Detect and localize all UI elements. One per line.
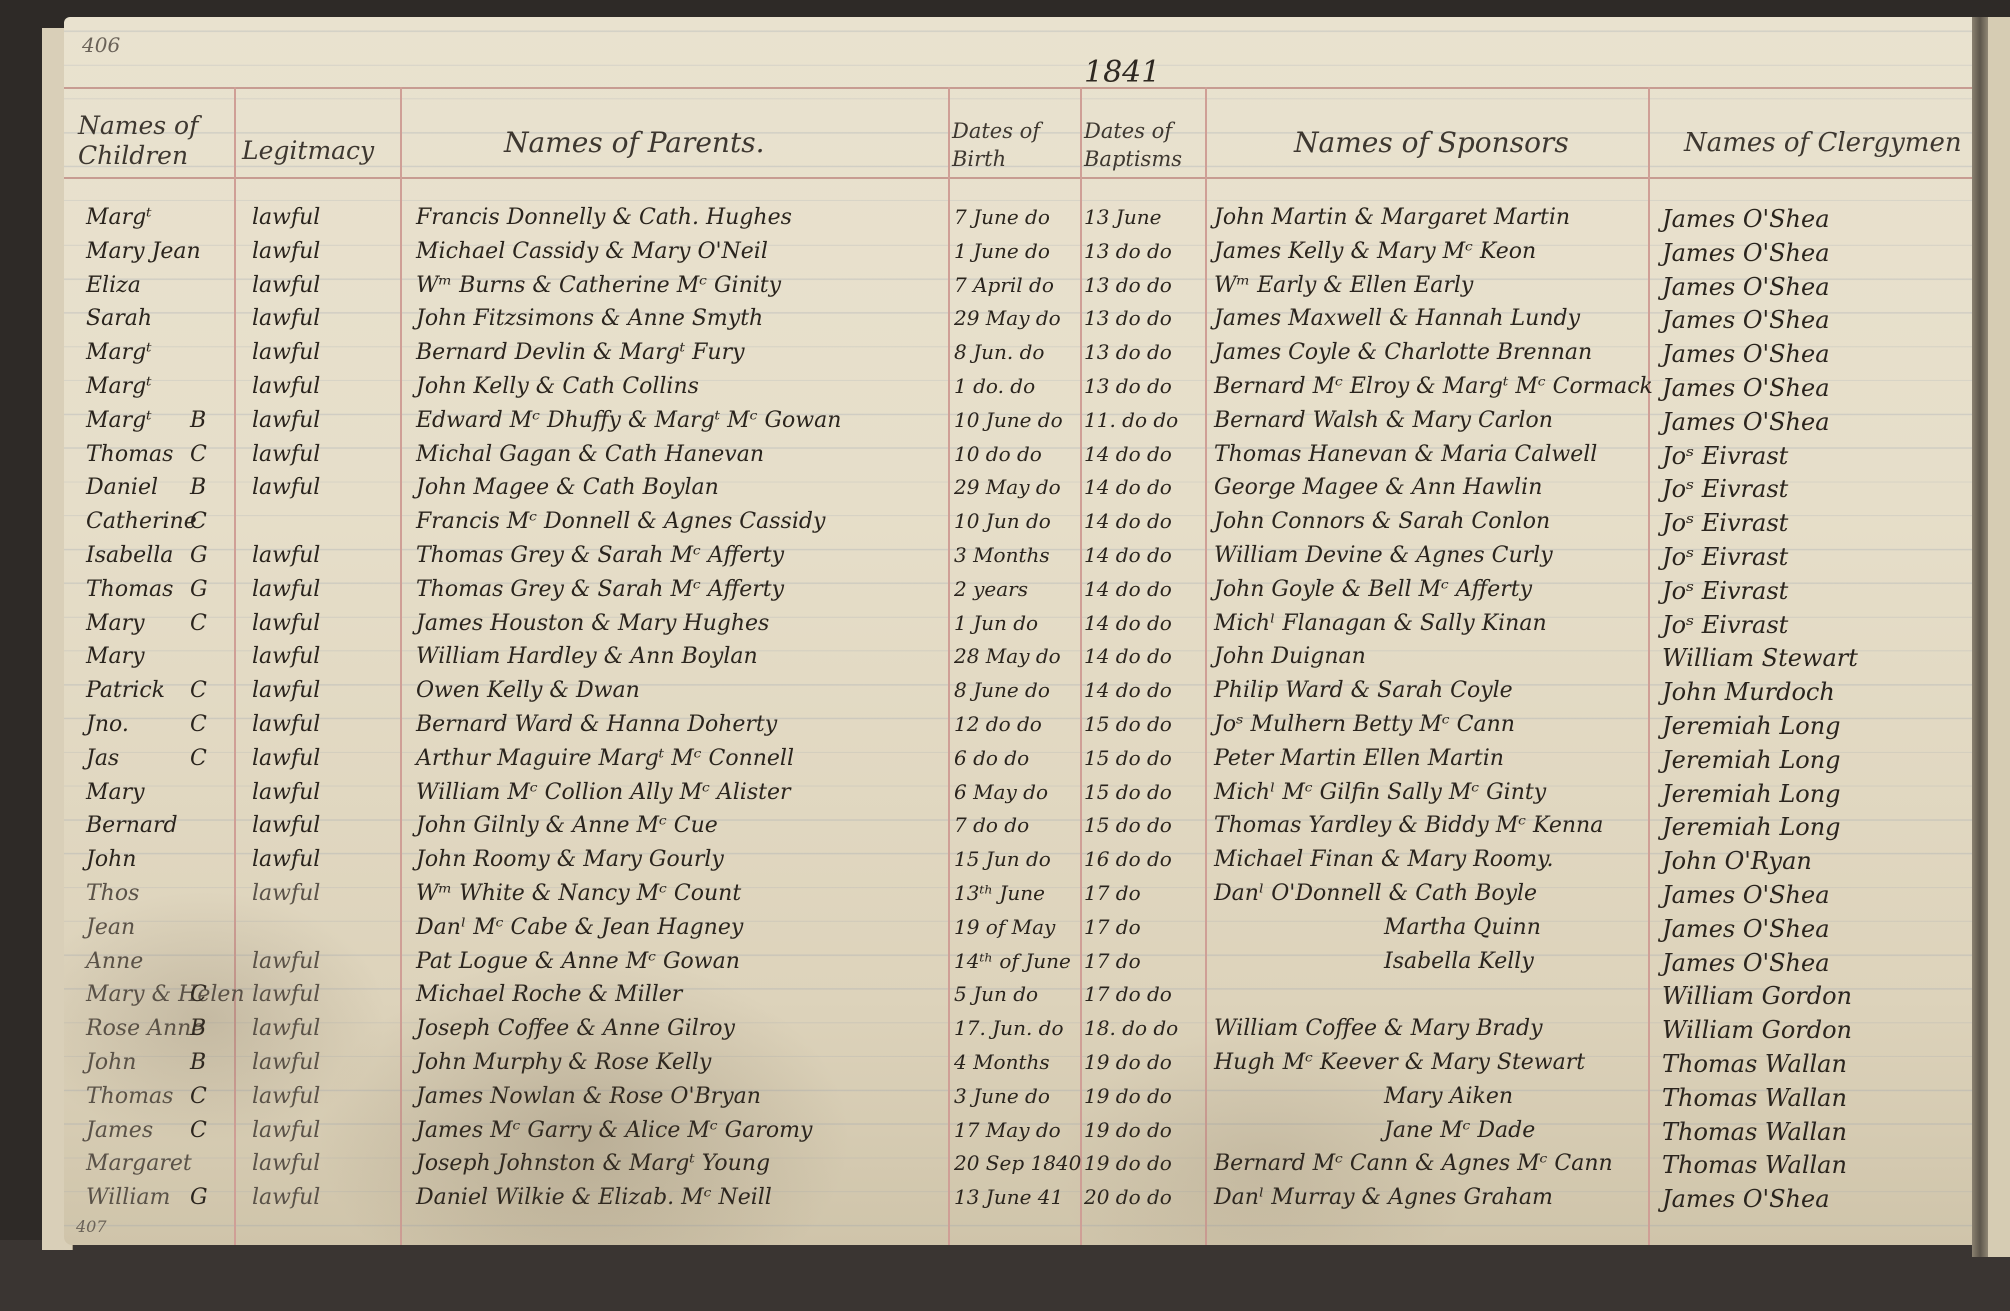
child-mark: B [190,1050,206,1075]
child-name: Margᵗ [86,205,152,230]
clergyman-name: James O'Shea [1662,949,1830,977]
register-row: JohnBlawfulJohn Murphy & Rose Kelly4 Mon… [64,1050,1972,1084]
birth-date: 17. Jun. do [954,1016,1064,1040]
parents-names: John Murphy & Rose Kelly [416,1050,711,1075]
sponsors-names: Martha Quinn [1384,915,1541,940]
birth-date: 20 Sep 1840 [954,1151,1081,1175]
legitimacy-value: lawful [252,543,320,568]
birth-date: 8 June do [954,678,1050,702]
clergyman-name: Jeremiah Long [1662,746,1841,774]
child-name: Margᵗ [86,340,152,365]
baptism-date: 19 do do [1084,1151,1172,1175]
child-name: Jean [86,915,135,940]
clergyman-name: Joˢ Eivrast [1662,509,1788,537]
baptism-date: 17 do [1084,915,1141,939]
child-name: Patrick [86,678,165,703]
baptism-date: 14 do do [1084,442,1172,466]
child-name: Bernard [86,813,178,838]
baptism-date: 14 do do [1084,509,1172,533]
parents-names: James Houston & Mary Hughes [416,611,769,636]
birth-date: 10 June do [954,408,1063,432]
parents-names: Francis Mᶜ Donnell & Agnes Cassidy [416,509,825,534]
clergyman-name: Jeremiah Long [1662,813,1841,841]
child-mark: B [190,1016,206,1041]
parents-names: Francis Donnelly & Cath. Hughes [416,205,792,230]
baptism-date: 17 do [1084,881,1141,905]
legitimacy-value: lawful [252,306,320,331]
clergyman-name: James O'Shea [1662,374,1830,402]
legitimacy-value: lawful [252,442,320,467]
birth-date: 10 do do [954,442,1042,466]
sponsors-names: William Devine & Agnes Curly [1214,543,1553,568]
sponsors-names: Michˡ Mᶜ Gilfin Sally Mᶜ Ginty [1214,780,1546,805]
register-row: Rose AnneBlawfulJoseph Coffee & Anne Gil… [64,1016,1972,1050]
legitimacy-value: lawful [252,340,320,365]
baptism-date: 13 do do [1084,374,1172,398]
birth-date: 3 June do [954,1084,1050,1108]
legitimacy-value: lawful [252,644,320,669]
sponsors-names: Thomas Hanevan & Maria Calwell [1214,442,1597,467]
child-name: John [86,847,136,872]
baptism-date: 15 do do [1084,712,1172,736]
baptism-date: 19 do do [1084,1050,1172,1074]
birth-date: 17 May do [954,1118,1061,1142]
birth-date: 13ᵗʰ June [954,881,1045,905]
register-row: MargᵗlawfulBernard Devlin & Margᵗ Fury8 … [64,340,1972,374]
register-year: 1841 [1084,55,1160,90]
legitimacy-value: lawful [252,949,320,974]
register-row: MargaretlawfulJoseph Johnston & Margᵗ Yo… [64,1151,1972,1185]
clergyman-name: Jeremiah Long [1662,780,1841,808]
legitimacy-value: lawful [252,1118,320,1143]
register-row: ThomasClawfulJames Nowlan & Rose O'Bryan… [64,1084,1972,1118]
child-name: Thos [86,881,139,906]
child-name: Mary [86,611,145,636]
baptism-date: 14 do do [1084,543,1172,567]
child-name: Jno. [86,712,129,737]
clergyman-name: Joˢ Eivrast [1662,475,1788,503]
book-gutter [1972,17,1988,1257]
legitimacy-value: lawful [252,205,320,230]
birth-date: 7 do do [954,813,1029,837]
legitimacy-value: lawful [252,746,320,771]
sponsors-names: Danˡ O'Donnell & Cath Boyle [1214,881,1537,906]
birth-date: 28 May do [954,644,1061,668]
parents-names: Daniel Wilkie & Elizab. Mᶜ Neill [416,1185,772,1210]
birth-date: 1 do. do [954,374,1035,398]
birth-date: 29 May do [954,306,1061,330]
scan-background [0,1240,2010,1311]
child-mark: G [190,577,208,602]
sponsors-names: Michael Finan & Mary Roomy. [1214,847,1554,872]
child-name: Anne [86,949,143,974]
parents-names: Wᵐ White & Nancy Mᶜ Count [416,881,741,906]
child-mark: C [190,1118,207,1143]
register-row: DanielBlawfulJohn Magee & Cath Boylan29 … [64,475,1972,509]
child-name: John [86,1050,136,1075]
parents-names: Michal Gagan & Cath Hanevan [416,442,764,467]
baptism-date: 18. do do [1084,1016,1178,1040]
birth-date: 6 May do [954,780,1048,804]
sponsors-names: Hugh Mᶜ Keever & Mary Stewart [1214,1050,1585,1075]
page-number-top: 406 [82,33,120,57]
sponsors-names: Wᵐ Early & Ellen Early [1214,273,1473,298]
parents-names: John Fitzsimons & Anne Smyth [416,306,763,331]
clergyman-name: Joˢ Eivrast [1662,543,1788,571]
sponsors-names: James Kelly & Mary Mᶜ Keon [1214,239,1536,264]
register-page: 406 1841 Names of Children Legitmacy Nam… [64,17,1972,1245]
header-names-of-sponsors: Names of Sponsors [1294,131,1569,155]
clergyman-name: James O'Shea [1662,239,1830,267]
register-row: AnnelawfulPat Logue & Anne Mᶜ Gowan14ᵗʰ … [64,949,1972,983]
clergyman-name: Joˢ Eivrast [1662,577,1788,605]
child-mark: C [190,1084,207,1109]
parents-names: Thomas Grey & Sarah Mᶜ Afferty [416,543,784,568]
sponsors-names: Thomas Yardley & Biddy Mᶜ Kenna [1214,813,1603,838]
sponsors-names: Bernard Mᶜ Cann & Agnes Mᶜ Cann [1214,1151,1613,1176]
register-row: JamesClawfulJames Mᶜ Garry & Alice Mᶜ Ga… [64,1118,1972,1152]
clergyman-name: James O'Shea [1662,915,1830,943]
header-top-rule [64,87,1972,89]
clergyman-name: John Murdoch [1662,678,1835,706]
birth-date: 12 do do [954,712,1042,736]
parents-names: Bernard Ward & Hanna Doherty [416,712,777,737]
child-name: Mary Jean [86,239,201,264]
baptism-date: 14 do do [1084,644,1172,668]
sponsors-names: Michˡ Flanagan & Sally Kinan [1214,611,1547,636]
birth-date: 6 do do [954,746,1029,770]
child-mark: C [190,982,207,1007]
clergyman-name: James O'Shea [1662,408,1830,436]
clergyman-name: Thomas Wallan [1662,1151,1847,1179]
register-row: WilliamGlawfulDaniel Wilkie & Elizab. Mᶜ… [64,1185,1972,1219]
child-mark: C [190,678,207,703]
legitimacy-value: lawful [252,239,320,264]
register-row: Jno.ClawfulBernard Ward & Hanna Doherty1… [64,712,1972,746]
legitimacy-value: lawful [252,273,320,298]
child-mark: G [190,1185,208,1210]
parents-names: Bernard Devlin & Margᵗ Fury [416,340,745,365]
clergyman-name: William Gordon [1662,982,1852,1010]
birth-date: 8 Jun. do [954,340,1044,364]
baptism-date: 20 do do [1084,1185,1172,1209]
child-name: Thomas [86,1084,173,1109]
legitimacy-value: lawful [252,847,320,872]
baptism-date: 19 do do [1084,1084,1172,1108]
child-mark: G [190,543,208,568]
sponsors-names: Danˡ Murray & Agnes Graham [1214,1185,1553,1210]
birth-date: 10 Jun do [954,509,1051,533]
register-row: JasClawfulArthur Maguire Margᵗ Mᶜ Connel… [64,746,1972,780]
sponsors-names: James Maxwell & Hannah Lundy [1214,306,1580,331]
clergyman-name: William Gordon [1662,1016,1852,1044]
register-row: MargᵗBlawfulEdward Mᶜ Dhuffy & Margᵗ Mᶜ … [64,408,1972,442]
header-dates-of-birth: Dates of Birth [952,117,1076,173]
clergyman-name: James O'Shea [1662,306,1830,334]
parents-names: Michael Roche & Miller [416,982,682,1007]
birth-date: 14ᵗʰ of June [954,949,1071,973]
child-mark: C [190,712,207,737]
parents-names: John Gilnly & Anne Mᶜ Cue [416,813,718,838]
legitimacy-value: lawful [252,1050,320,1075]
legitimacy-value: lawful [252,611,320,636]
page-number-bottom: 407 [76,1217,107,1236]
legitimacy-value: lawful [252,1185,320,1210]
baptism-date: 14 do do [1084,577,1172,601]
register-row: MarylawfulWilliam Mᶜ Collion Ally Mᶜ Ali… [64,780,1972,814]
header-legitimacy: Legitmacy [242,139,374,163]
child-name: Rose Anne [86,1016,204,1041]
child-name: James [86,1118,153,1143]
child-mark: C [190,746,207,771]
parents-names: William Mᶜ Collion Ally Mᶜ Alister [416,780,791,805]
legitimacy-value: lawful [252,475,320,500]
header-dates-of-baptisms: Dates of Baptisms [1084,117,1204,173]
child-mark: C [190,509,207,534]
legitimacy-value: lawful [252,678,320,703]
parents-names: John Magee & Cath Boylan [416,475,719,500]
baptism-date: 13 do do [1084,239,1172,263]
baptism-date: 11. do do [1084,408,1178,432]
register-row: CatherineCFrancis Mᶜ Donnell & Agnes Cas… [64,509,1972,543]
parents-names: Arthur Maguire Margᵗ Mᶜ Connell [416,746,794,771]
baptism-date: 17 do do [1084,982,1172,1006]
baptism-date: 13 June [1084,205,1161,229]
register-row: ThomasClawfulMichal Gagan & Cath Hanevan… [64,442,1972,476]
register-row: SarahlawfulJohn Fitzsimons & Anne Smyth2… [64,306,1972,340]
birth-date: 1 Jun do [954,611,1038,635]
parents-names: John Roomy & Mary Gourly [416,847,724,872]
parents-names: Thomas Grey & Sarah Mᶜ Afferty [416,577,784,602]
clergyman-name: Thomas Wallan [1662,1118,1847,1146]
legitimacy-value: lawful [252,1151,320,1176]
header-names-of-children: Names of Children [78,111,228,171]
sponsors-names: John Connors & Sarah Conlon [1214,509,1550,534]
clergyman-name: William Stewart [1662,644,1858,672]
clergyman-name: James O'Shea [1662,1185,1830,1213]
legitimacy-value: lawful [252,881,320,906]
legitimacy-value: lawful [252,408,320,433]
child-name: Margaret [86,1151,192,1176]
legitimacy-value: lawful [252,577,320,602]
child-name: Margᵗ [86,374,152,399]
parents-names: Wᵐ Burns & Catherine Mᶜ Ginity [416,273,781,298]
child-mark: C [190,442,207,467]
parents-names: Owen Kelly & Dwan [416,678,640,703]
baptism-date: 16 do do [1084,847,1172,871]
parents-names: Joseph Johnston & Margᵗ Young [416,1151,770,1176]
register-row: BernardlawfulJohn Gilnly & Anne Mᶜ Cue7 … [64,813,1972,847]
child-name: Sarah [86,306,152,331]
baptism-date: 14 do do [1084,678,1172,702]
baptism-date: 14 do do [1084,475,1172,499]
child-name: Eliza [86,273,141,298]
register-row: ThomasGlawfulThomas Grey & Sarah Mᶜ Affe… [64,577,1972,611]
baptism-date: 13 do do [1084,306,1172,330]
sponsors-names: James Coyle & Charlotte Brennan [1214,340,1592,365]
parents-names: Michael Cassidy & Mary O'Neil [416,239,768,264]
clergyman-name: Thomas Wallan [1662,1050,1847,1078]
sponsors-names: Peter Martin Ellen Martin [1214,746,1504,771]
child-name: William [86,1185,170,1210]
child-name: Thomas [86,442,173,467]
sponsors-names: Philip Ward & Sarah Coyle [1214,678,1513,703]
register-row: MargᵗlawfulFrancis Donnelly & Cath. Hugh… [64,205,1972,239]
birth-date: 29 May do [954,475,1061,499]
child-mark: B [190,408,206,433]
register-row: PatrickClawfulOwen Kelly & Dwan8 June do… [64,678,1972,712]
sponsors-names: George Magee & Ann Hawlin [1214,475,1542,500]
birth-date: 1 June do [954,239,1050,263]
sponsors-names: William Coffee & Mary Brady [1214,1016,1543,1041]
register-row: MargᵗlawfulJohn Kelly & Cath Collins1 do… [64,374,1972,408]
child-name: Margᵗ [86,408,152,433]
clergyman-name: James O'Shea [1662,881,1830,909]
register-row: MaryClawfulJames Houston & Mary Hughes1 … [64,611,1972,645]
birth-date: 3 Months [954,543,1050,567]
birth-date: 13 June 41 [954,1185,1063,1209]
parents-names: John Kelly & Cath Collins [416,374,699,399]
child-name: Mary [86,780,145,805]
baptism-date: 15 do do [1084,813,1172,837]
clergyman-name: Jeremiah Long [1662,712,1841,740]
register-row: ElizalawfulWᵐ Burns & Catherine Mᶜ Ginit… [64,273,1972,307]
sponsors-names: John Martin & Margaret Martin [1214,205,1570,230]
child-name: Catherine [86,509,197,534]
clergyman-name: Joˢ Eivrast [1662,442,1788,470]
clergyman-name: John O'Ryan [1662,847,1812,875]
birth-date: 15 Jun do [954,847,1051,871]
register-row: Mary JeanlawfulMichael Cassidy & Mary O'… [64,239,1972,273]
clergyman-name: James O'Shea [1662,205,1830,233]
baptism-date: 13 do do [1084,273,1172,297]
sponsors-names: Bernard Walsh & Mary Carlon [1214,408,1553,433]
baptism-date: 17 do [1084,949,1141,973]
clergyman-name: James O'Shea [1662,340,1830,368]
birth-date: 7 June do [954,205,1050,229]
legitimacy-value: lawful [252,780,320,805]
sponsors-names: John Goyle & Bell Mᶜ Afferty [1214,577,1532,602]
child-name: Thomas [86,577,173,602]
legitimacy-value: lawful [252,712,320,737]
clergyman-name: Thomas Wallan [1662,1084,1847,1112]
legitimacy-value: lawful [252,1084,320,1109]
register-row: MarylawfulWilliam Hardley & Ann Boylan28… [64,644,1972,678]
birth-date: 4 Months [954,1050,1050,1074]
legitimacy-value: lawful [252,982,320,1007]
register-row: JohnlawfulJohn Roomy & Mary Gourly15 Jun… [64,847,1972,881]
parents-names: William Hardley & Ann Boylan [416,644,758,669]
baptism-date: 14 do do [1084,611,1172,635]
child-mark: C [190,611,207,636]
birth-date: 19 of May [954,915,1055,939]
parents-names: James Mᶜ Garry & Alice Mᶜ Garomy [416,1118,812,1143]
clergyman-name: James O'Shea [1662,273,1830,301]
birth-date: 2 years [954,577,1028,601]
birth-date: 7 April do [954,273,1054,297]
header-bottom-rule [64,177,1972,179]
sponsors-names: Mary Aiken [1384,1084,1513,1109]
sponsors-names: Joˢ Mulhern Betty Mᶜ Cann [1214,712,1515,737]
child-mark: B [190,475,206,500]
parents-names: Pat Logue & Anne Mᶜ Gowan [416,949,740,974]
clergyman-name: Joˢ Eivrast [1662,611,1788,639]
parents-names: James Nowlan & Rose O'Bryan [416,1084,761,1109]
sponsors-names: John Duignan [1214,644,1366,669]
register-row: JeanDanˡ Mᶜ Cabe & Jean Hagney19 of May1… [64,915,1972,949]
child-name: Daniel [86,475,158,500]
register-row: ThoslawfulWᵐ White & Nancy Mᶜ Count13ᵗʰ … [64,881,1972,915]
baptism-date: 15 do do [1084,746,1172,770]
parents-names: Danˡ Mᶜ Cabe & Jean Hagney [416,915,743,940]
baptism-date: 15 do do [1084,780,1172,804]
sponsors-names: Isabella Kelly [1384,949,1534,974]
child-name: Jas [86,746,119,771]
legitimacy-value: lawful [252,1016,320,1041]
register-row: IsabellaGlawfulThomas Grey & Sarah Mᶜ Af… [64,543,1972,577]
facing-page-edge [1988,17,2010,1257]
legitimacy-value: lawful [252,374,320,399]
child-name: Isabella [86,543,173,568]
header-names-of-parents: Names of Parents. [504,131,765,155]
sponsors-names: Jane Mᶜ Dade [1384,1118,1535,1143]
sponsors-names: Bernard Mᶜ Elroy & Margᵗ Mᶜ Cormack [1214,374,1653,399]
child-name: Mary [86,644,145,669]
header-names-of-clergymen: Names of Clergymen [1684,131,1962,155]
child-name: Mary & Helen [86,982,245,1007]
register-row: Mary & HelenClawfulMichael Roche & Mille… [64,982,1972,1016]
parents-names: Joseph Coffee & Anne Gilroy [416,1016,735,1041]
legitimacy-value: lawful [252,813,320,838]
baptism-date: 19 do do [1084,1118,1172,1142]
parents-names: Edward Mᶜ Dhuffy & Margᵗ Mᶜ Gowan [416,408,841,433]
baptism-date: 13 do do [1084,340,1172,364]
birth-date: 5 Jun do [954,982,1038,1006]
